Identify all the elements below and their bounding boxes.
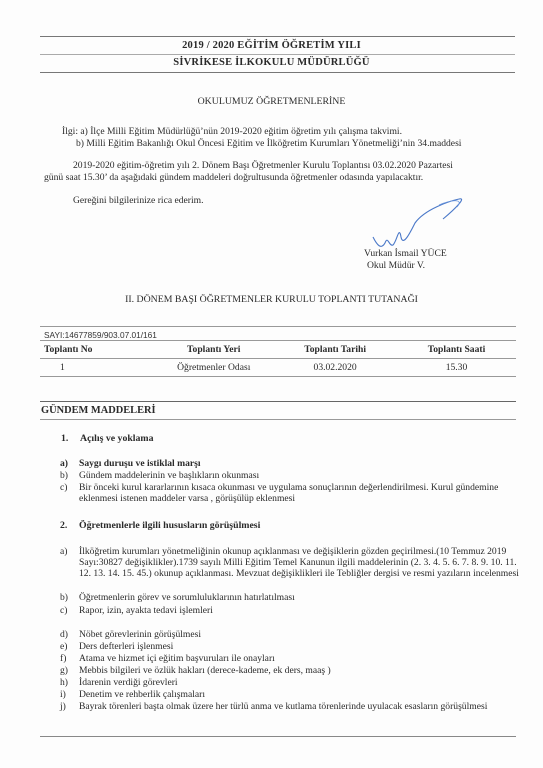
item-label: b) xyxy=(60,470,68,481)
item-label: a) xyxy=(60,458,68,469)
header-school-name: SİVRİKESE İLKOKULU MÜDÜRLÜĞÜ xyxy=(0,57,543,68)
agenda-bottom-rule xyxy=(40,736,516,737)
header-school-year: 2019 / 2020 EĞİTİM ÖĞRETİM YILI xyxy=(0,40,543,51)
item-text: Nöbet görevlerinin görüşülmesi xyxy=(79,629,524,640)
cell-meeting-no: 1 xyxy=(40,359,154,377)
header-mid-rule xyxy=(40,54,515,55)
document-number: SAYI:14677859/903.07.01/161 xyxy=(44,330,157,340)
cell-meeting-date: 03.02.2020 xyxy=(273,359,397,377)
item-label: i) xyxy=(60,689,66,700)
letter-body-line-1: 2019-2020 eğitim-öğretim yılı 2. Dönem B… xyxy=(73,160,453,171)
item-text: İlköğretim kurumları yönetmeliğinin okun… xyxy=(79,546,524,579)
item-label: j) xyxy=(60,701,66,712)
item-text: Bayrak törenleri başta olmak üzere her t… xyxy=(79,701,524,712)
item-text: Rapor, izin, ayakta tedavi işlemleri xyxy=(79,605,524,616)
table-row: 1 Öğretmenler Odası 03.02.2020 15.30 xyxy=(40,359,516,377)
item-text: İdarenin verdiği görevleri xyxy=(79,677,524,688)
reference-b: b) Milli Eğitim Bakanlığı Okul Öncesi Eğ… xyxy=(76,138,461,149)
section-2-number: 2. xyxy=(60,520,67,531)
agenda-title: GÜNDEM MADDELERİ xyxy=(41,405,156,416)
meeting-info-table: Toplantı No Toplantı Yeri Toplantı Tarih… xyxy=(40,340,516,377)
minutes-title: II. DÖNEM BAŞI ÖĞRETMENLER KURULU TOPLAN… xyxy=(0,294,543,305)
cell-meeting-time: 15.30 xyxy=(397,359,516,377)
item-label: g) xyxy=(60,665,68,676)
item-text: Gündem maddelerinin ve başlıkların okunm… xyxy=(79,470,524,481)
cell-meeting-place: Öğretmenler Odası xyxy=(154,359,273,377)
item-text: Bir önceki kurul kararlarının kısaca oku… xyxy=(79,482,524,504)
table-top-rule xyxy=(40,326,516,327)
letter-closing: Gereğini bilgilerinize rica ederim. xyxy=(73,195,204,206)
item-text: Saygı duruşu ve istiklal marşı xyxy=(79,458,524,469)
item-text: Öğretmenlerin görev ve sorumluluklarının… xyxy=(79,592,524,603)
item-text: Denetim ve rehberlik çalışmaları xyxy=(79,689,524,700)
item-text: Ders defterleri işlenmesi xyxy=(79,641,524,652)
reference-a: İlgi: a) İlçe Milli Eğitim Müdürlüğü’nün… xyxy=(62,126,402,137)
item-label: f) xyxy=(60,653,66,664)
header-meeting-no: Toplantı No xyxy=(40,341,154,359)
letter-addressee: OKULUMUZ ÖĞRETMENLERİNE xyxy=(0,96,543,107)
item-label: c) xyxy=(60,482,67,493)
header-top-rule xyxy=(40,36,515,37)
agenda-title-rule xyxy=(40,419,516,420)
item-text: Mebbis bilgileri ve özlük hakları (derec… xyxy=(79,665,524,676)
item-label: e) xyxy=(60,641,67,652)
header-meeting-time: Toplantı Saati xyxy=(397,341,516,359)
section-1-number: 1. xyxy=(61,433,68,444)
section-1-title: Açılış ve yoklama xyxy=(80,433,153,444)
item-label: d) xyxy=(60,629,68,640)
section-2-title: Öğretmenlerle ilgili hususların görüşülm… xyxy=(79,520,260,531)
letter-body-line-2: günü saat 15.30’ da aşağıdaki gündem mad… xyxy=(44,172,423,183)
item-label: a) xyxy=(60,546,67,557)
header-meeting-date: Toplantı Tarihi xyxy=(273,341,397,359)
signer-title: Okul Müdür V. xyxy=(367,260,425,271)
item-text: Atama ve hizmet içi eğitim başvuruları i… xyxy=(79,653,524,664)
item-label: h) xyxy=(60,677,68,688)
item-label: c) xyxy=(60,605,67,616)
agenda-top-rule xyxy=(40,401,516,402)
item-label: b) xyxy=(60,592,68,603)
header-meeting-place: Toplantı Yeri xyxy=(154,341,273,359)
signer-name: Vurkan İsmail YÜCE xyxy=(364,248,447,259)
header-bottom-rule xyxy=(40,72,515,73)
handwritten-signature-icon xyxy=(355,195,475,255)
